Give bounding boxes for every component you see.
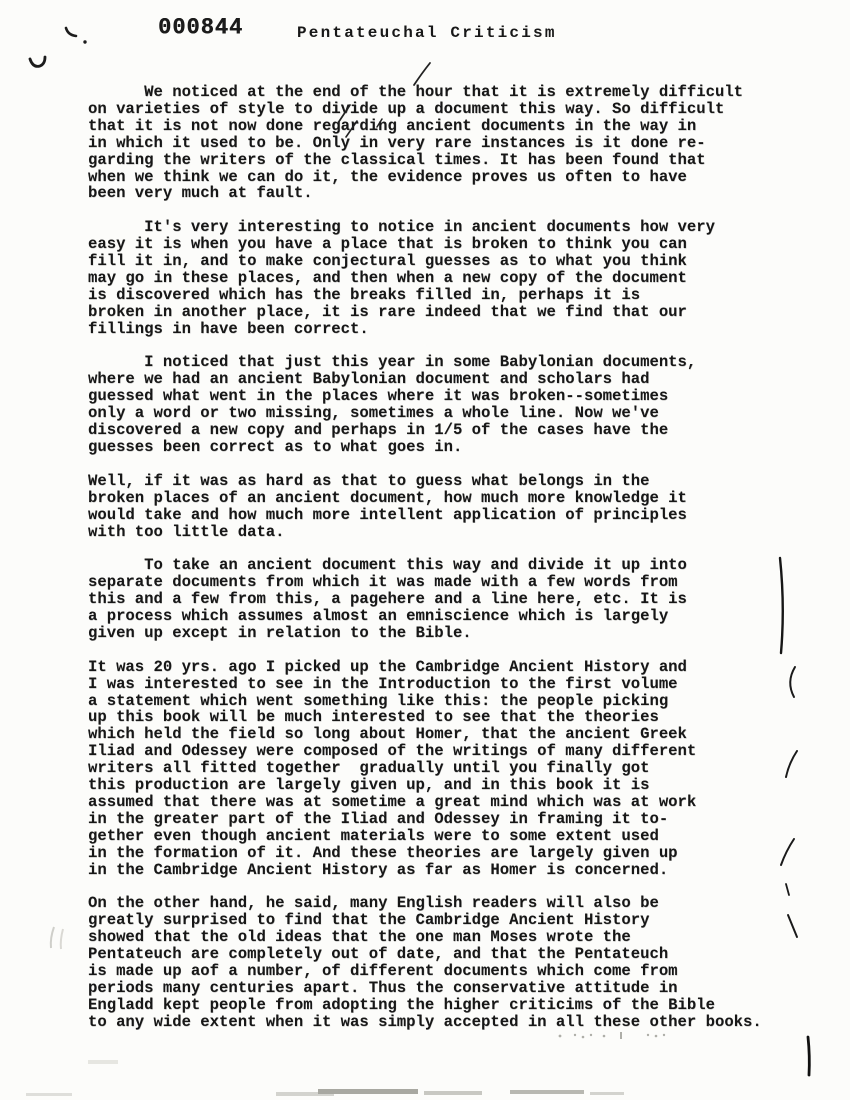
faint-dot-row [559,1032,666,1039]
document-page: 000844 Pentateuchal Criticism We noticed… [0,0,850,1100]
paragraph-3: I noticed that just this year in some Ba… [88,354,788,455]
scanner-smudges [26,1060,624,1096]
pen-mark-top-left-hook [66,28,76,36]
stamp-number: 000844 [158,15,243,40]
pen-mark-squiggle [30,57,45,66]
paragraph-2: It's very interesting to notice in ancie… [88,219,788,337]
margin-bar-mark [808,1037,809,1075]
pen-mark-top-left-dot [83,40,86,43]
page-title: Pentateuchal Criticism [297,24,557,42]
paragraph-6: It was 20 yrs. ago I picked up the Cambr… [88,659,788,879]
document-body: We noticed at the end of the hour that i… [88,84,788,1031]
pen-slash-above-line1 [414,63,430,85]
paragraph-1: We noticed at the end of the hour that i… [88,84,788,202]
paragraph-7: On the other hand, he said, many English… [88,895,788,1030]
margin-backslash-mark [788,915,797,937]
paragraph-4: Well, if it was as hard as that to guess… [88,473,788,541]
faint-smudge-left-1 [51,927,54,948]
paragraph-5: To take an ancient document this way and… [88,557,788,642]
faint-smudge-left-2 [61,929,63,949]
margin-paren-mark [790,667,795,697]
